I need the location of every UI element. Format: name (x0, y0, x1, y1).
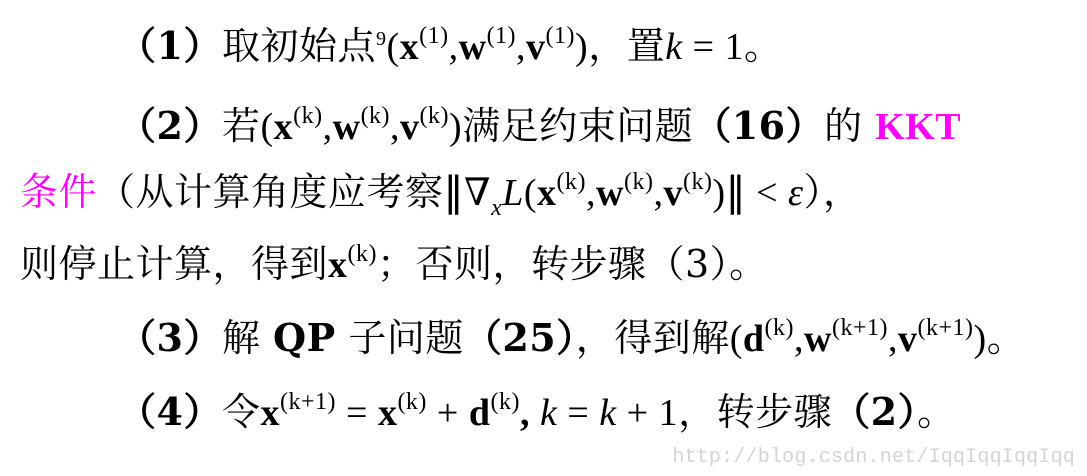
superscript: (k) (491, 389, 520, 415)
vector-d: d (469, 392, 491, 434)
step-2-continued: 条件（从计算角度应考察‖∇xL(x(k),w(k),v(k))‖ < ε）， (20, 168, 862, 217)
plus: + (427, 392, 469, 434)
step-2: （2）若(x(k),w(k),v(k))满足约束问题（16）的 KKT (118, 102, 961, 151)
period: 。 (987, 316, 1026, 360)
paren: ) (974, 318, 987, 360)
equation-ref: （16） (693, 103, 824, 148)
paren: ( (386, 26, 399, 68)
comma: , (323, 106, 333, 148)
step-3-text-c: ，得到解 (576, 316, 730, 360)
paren: ) (449, 106, 462, 148)
paren: ) (712, 172, 725, 214)
superscript: (1) (546, 23, 575, 49)
superscript: (1) (487, 23, 516, 49)
paren: ( (524, 172, 537, 214)
period: 。 (744, 24, 783, 68)
step-2-text-c: 的 (824, 104, 875, 148)
step-4-text-b: ，转步骤 (678, 390, 832, 434)
subscript-x: x (491, 195, 502, 221)
norm-open: ‖ (444, 169, 465, 215)
equals: = (336, 392, 378, 434)
superscript: (k) (624, 169, 653, 195)
step-4-label: （4） (118, 389, 222, 434)
conditions-highlight: 条件 (20, 170, 97, 214)
superscript: (k) (348, 241, 377, 267)
vector-w: w (459, 26, 487, 68)
superscript: (k+1) (832, 315, 888, 341)
comma: , (520, 392, 540, 434)
step-4-text: 令 (222, 390, 261, 434)
step-2-conclusion: 则停止计算，得到x(k)；否则，转步骤（3）。 (20, 240, 768, 289)
vector-w: w (804, 318, 832, 360)
var-k: k (599, 392, 616, 434)
superscript: (k) (765, 315, 794, 341)
comma: , (516, 26, 526, 68)
lagrangian-L: L (502, 172, 524, 214)
step-4: （4）令x(k+1) = x(k) + d(k), k = k + 1，转步骤（… (118, 388, 956, 437)
equals-one: = 1 (683, 26, 744, 68)
vector-x: x (400, 26, 420, 68)
vector-w: w (596, 172, 624, 214)
var-k: k (540, 392, 557, 434)
step-1-label: （1） (118, 23, 222, 68)
superscript: (k) (293, 103, 322, 129)
superscript: (k+1) (918, 315, 974, 341)
comma: , (586, 172, 596, 214)
comma: , (888, 318, 898, 360)
nabla-symbol: ∇ (464, 172, 491, 214)
less-than: < (746, 172, 788, 214)
step-2-note: （从计算角度应考察 (97, 170, 444, 214)
step-1-text-b: ，置 (588, 24, 665, 68)
vector-v: v (400, 106, 420, 148)
step-1: （1）取初始点9(x(1),w(1),v(1))，置k = 1。 (118, 22, 783, 71)
vector-w: w (333, 106, 361, 148)
equals: = (557, 392, 599, 434)
vector-x: x (260, 392, 280, 434)
step-3-text: 解 (222, 316, 273, 360)
step-ref: （2） (832, 389, 917, 434)
step-3-text-b: 子问题 (336, 316, 464, 360)
superscript: (k) (361, 103, 390, 129)
var-k: k (665, 26, 682, 68)
vector-d: d (743, 318, 765, 360)
step-2-text: 若 (222, 104, 261, 148)
paren: ( (260, 106, 273, 148)
step-3: （3）解 QP 子问题（25），得到解(d(k),w(k+1),v(k+1))。 (118, 314, 1025, 363)
comma: , (653, 172, 663, 214)
vector-x: x (378, 392, 398, 434)
superscript: (k) (420, 103, 449, 129)
epsilon: ε (788, 172, 803, 214)
plus-one: + 1 (617, 392, 678, 434)
vector-v: v (663, 172, 683, 214)
step-2-label: （2） (118, 103, 222, 148)
vector-v: v (898, 318, 918, 360)
otherwise-text: ；否则，转步骤（3）。 (377, 242, 768, 286)
norm-close: ‖ (726, 169, 747, 215)
vector-v: v (526, 26, 546, 68)
equation-ref: （25） (464, 315, 576, 360)
kkt-highlight: KKT (875, 106, 961, 148)
vector-x: x (537, 172, 557, 214)
comma: , (390, 106, 400, 148)
period: 。 (917, 390, 956, 434)
vector-x: x (328, 244, 348, 286)
comma: , (449, 26, 459, 68)
superscript: (k) (397, 389, 426, 415)
close-note: ）， (804, 170, 862, 214)
paren: ( (730, 318, 743, 360)
step-1-text: 取初始点 (222, 24, 376, 68)
comma: , (794, 318, 804, 360)
vector-x: x (274, 106, 294, 148)
step-3-label: （3） (118, 315, 222, 360)
superscript: (k) (683, 169, 712, 195)
stop-text: 则停止计算，得到 (20, 242, 328, 286)
footnote-mark: 9 (376, 28, 387, 50)
step-2-text-b: 满足约束问题 (462, 104, 693, 148)
qp-label: QP (273, 315, 336, 360)
paren: ) (575, 26, 588, 68)
superscript: (k) (557, 169, 586, 195)
superscript: (1) (419, 23, 448, 49)
superscript: (k+1) (280, 389, 336, 415)
watermark-url: http://blog.csdn.net/IqqIqqIqqIqq (672, 446, 1075, 469)
